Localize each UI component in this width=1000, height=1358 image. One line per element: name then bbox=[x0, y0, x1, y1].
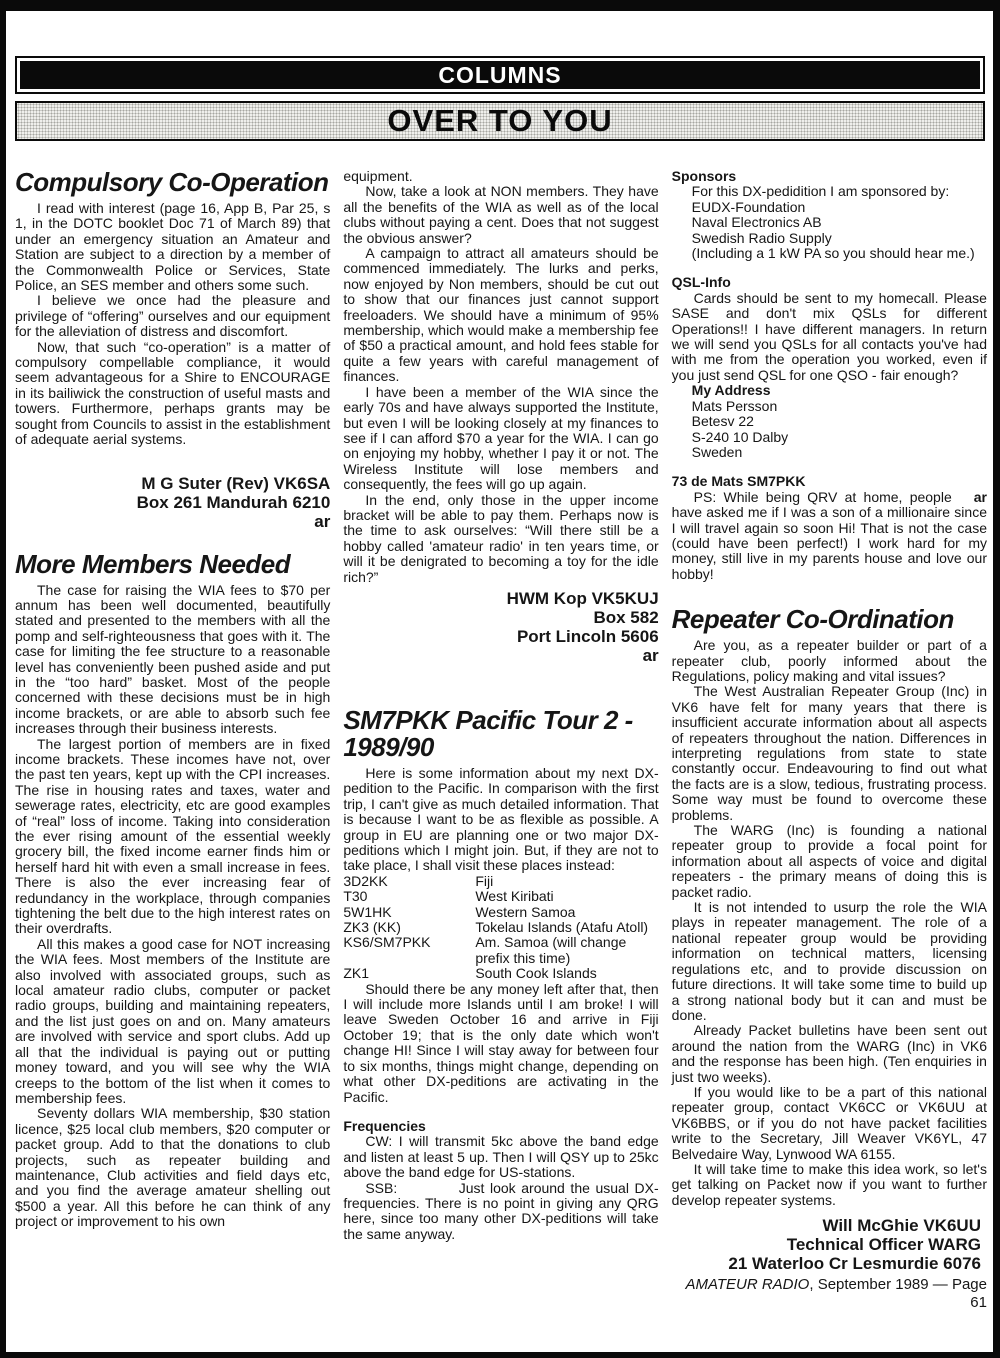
paragraph: The case for raising the WIA fees to $70… bbox=[15, 583, 330, 737]
address-line: Betesv 22 bbox=[672, 414, 987, 429]
columns-banner: COLUMNS bbox=[15, 56, 985, 94]
callsign-cell: ZK1 bbox=[343, 966, 475, 981]
scan-edge-bottom bbox=[0, 1352, 1000, 1358]
column-1: Compulsory Co-Operation I read with inte… bbox=[15, 169, 330, 1312]
place-cell: Tokelau Islands (Atafu Atoll) bbox=[475, 920, 658, 935]
callsign-cell: ZK3 (KK) bbox=[343, 920, 475, 935]
paragraph: SSB: Just look around the usual DX-frequ… bbox=[343, 1181, 658, 1243]
signature-line: Will McGhie VK6UU bbox=[672, 1216, 981, 1235]
paragraph: In the end, only those in the upper inco… bbox=[343, 493, 658, 585]
magazine-page: COLUMNS OVER TO YOU Compulsory Co-Operat… bbox=[0, 0, 1000, 1358]
paragraph: Are you, as a repeater builder or part o… bbox=[672, 638, 987, 684]
column-2: equipment. Now, take a look at NON membe… bbox=[343, 169, 658, 1312]
sponsor-line: Naval Electronics AB bbox=[672, 215, 987, 230]
signature-line: M G Suter (Rev) VK6SA bbox=[15, 474, 330, 493]
subheading-frequencies: Frequencies bbox=[343, 1119, 658, 1134]
address-line: Sweden bbox=[672, 445, 987, 460]
signature-block: Will McGhie VK6UU Technical Officer WARG… bbox=[672, 1216, 981, 1273]
end-mark: ar bbox=[15, 512, 330, 531]
article-title-repeater-co-ordination: Repeater Co-Ordination bbox=[672, 606, 987, 633]
paragraph: Now, take a look at NON members. They ha… bbox=[343, 184, 658, 246]
paragraph: All this makes a good case for NOT incre… bbox=[15, 937, 330, 1106]
signature-block: M G Suter (Rev) VK6SA Box 261 Mandurah 6… bbox=[15, 474, 330, 531]
paragraph: The WARG (Inc) is founding a national re… bbox=[672, 823, 987, 900]
paragraph: It is not intended to usurp the role the… bbox=[672, 900, 987, 1023]
paragraph: CW: I will transmit 5kc above the band e… bbox=[343, 1134, 658, 1180]
paragraph: It will take time to make this idea work… bbox=[672, 1162, 987, 1208]
callsign-cell: 5W1HK bbox=[343, 905, 475, 920]
signature-line: Port Lincoln 5606 bbox=[343, 627, 658, 646]
callsign-cell: KS6/SM7PKK bbox=[343, 935, 475, 966]
footer-issue-page: , September 1989 — Page 61 bbox=[809, 1276, 987, 1311]
columns-banner-label: COLUMNS bbox=[20, 61, 980, 89]
paragraph: Cards should be sent to my homecall. Ple… bbox=[672, 291, 987, 383]
callsign-cell: T30 bbox=[343, 889, 475, 904]
magazine-footer: AMATEUR RADIO, September 1989 — Page 61 bbox=[672, 1276, 987, 1312]
paragraph: I believe we once had the pleasure and p… bbox=[15, 293, 330, 339]
paragraph: The West Australian Repeater Group (Inc)… bbox=[672, 684, 987, 823]
end-mark: ar bbox=[343, 646, 658, 665]
sponsor-note: (Including a 1 kW PA so you should hear … bbox=[672, 246, 987, 261]
page-title-banner: OVER TO YOU bbox=[15, 101, 985, 141]
signature-line: Technical Officer WARG bbox=[672, 1235, 981, 1254]
scan-edge-left bbox=[0, 0, 6, 1358]
signature-block: HWM Kop VK5KUJ Box 582 Port Lincoln 5606… bbox=[343, 589, 658, 665]
places-table: 3D2KK Fiji T30 West Kiribati 5W1HK Weste… bbox=[343, 874, 658, 982]
subheading-73-de-mats: 73 de Mats SM7PKK bbox=[672, 474, 987, 489]
paragraph: The largest portion of members are in fi… bbox=[15, 737, 330, 937]
paragraph-with-end-mark: ar PS: While being QRV at home, people h… bbox=[672, 490, 987, 582]
end-mark: ar bbox=[952, 490, 987, 505]
place-cell: West Kiribati bbox=[475, 889, 658, 904]
scan-edge-top bbox=[0, 0, 1000, 11]
paragraph-text: PS: While being QRV at home, people have… bbox=[672, 489, 987, 582]
sponsors-intro: For this DX-pedidition I am sponsored by… bbox=[672, 184, 987, 199]
paragraph: Now, that such “co-operation” is a matte… bbox=[15, 340, 330, 448]
signature-line: Box 261 Mandurah 6210 bbox=[15, 493, 330, 512]
article-title-sm7pkk-pacific-tour: SM7PKK Pacific Tour 2 - 1989/90 bbox=[343, 707, 658, 761]
place-cell: Fiji bbox=[475, 874, 658, 889]
subheading-sponsors: Sponsors bbox=[672, 169, 987, 184]
subheading-my-address: My Address bbox=[672, 383, 987, 398]
paragraph: Already Packet bulletins have been sent … bbox=[672, 1023, 987, 1085]
paragraph: Seventy dollars WIA membership, $30 stat… bbox=[15, 1106, 330, 1229]
paragraph-continuation: equipment. bbox=[343, 169, 658, 184]
sponsor-line: EUDX-Foundation bbox=[672, 200, 987, 215]
paragraph: I read with interest (page 16, App B, Pa… bbox=[15, 201, 330, 293]
address-line: Mats Persson bbox=[672, 399, 987, 414]
signature-line: 21 Waterloo Cr Lesmurdie 6076 bbox=[672, 1254, 981, 1273]
magazine-name: AMATEUR RADIO bbox=[685, 1276, 809, 1293]
sponsor-line: Swedish Radio Supply bbox=[672, 231, 987, 246]
column-3: Sponsors For this DX-pedidition I am spo… bbox=[672, 169, 987, 1312]
scan-edge-right bbox=[993, 0, 1000, 1358]
paragraph: I have been a member of the WIA since th… bbox=[343, 385, 658, 493]
signature-line: Box 582 bbox=[343, 608, 658, 627]
subheading-qsl-info: QSL-Info bbox=[672, 275, 987, 290]
article-title-more-members-needed: More Members Needed bbox=[15, 551, 330, 578]
callsign-cell: 3D2KK bbox=[343, 874, 475, 889]
address-line: S-240 10 Dalby bbox=[672, 430, 987, 445]
place-cell: South Cook Islands bbox=[475, 966, 658, 981]
paragraph: A campaign to attract all amateurs shoul… bbox=[343, 246, 658, 385]
place-cell: Am. Samoa (will change prefix this time) bbox=[475, 935, 658, 966]
paragraph: Should there be any money left after tha… bbox=[343, 982, 658, 1105]
signature-line: HWM Kop VK5KUJ bbox=[343, 589, 658, 608]
three-column-layout: Compulsory Co-Operation I read with inte… bbox=[15, 169, 987, 1312]
paragraph: Here is some information about my next D… bbox=[343, 766, 658, 874]
article-title-compulsory-co-operation: Compulsory Co-Operation bbox=[15, 169, 330, 196]
place-cell: Western Samoa bbox=[475, 905, 658, 920]
paragraph: If you would like to be a part of this n… bbox=[672, 1085, 987, 1162]
